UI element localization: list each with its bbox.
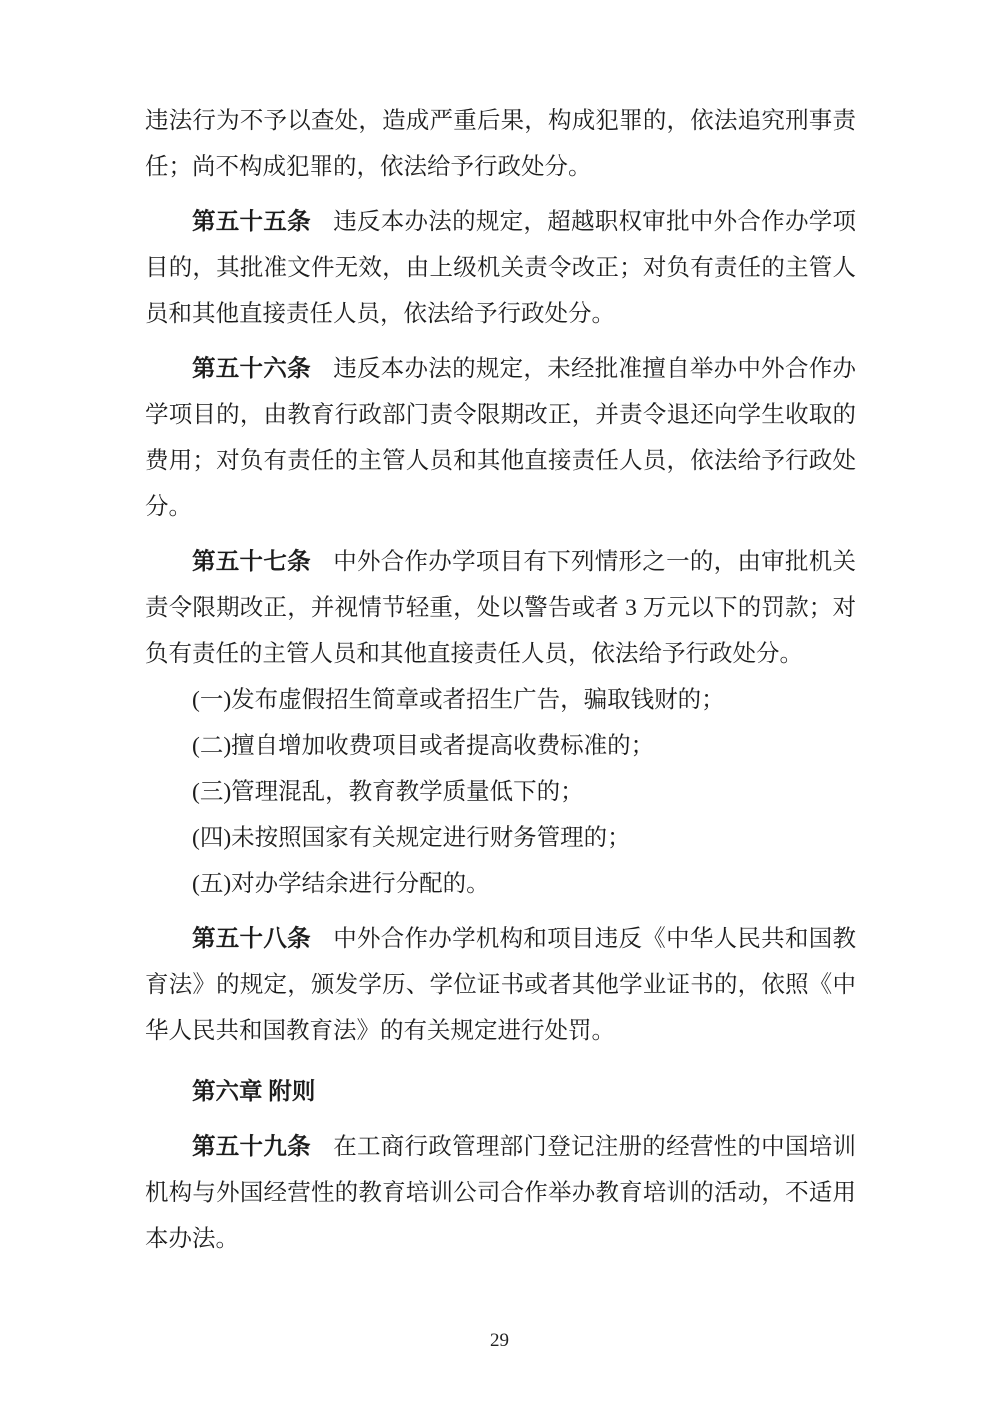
list-item-paragraph: (四)未按照国家有关规定进行财务管理的； bbox=[145, 815, 856, 861]
page-number: 29 bbox=[0, 1328, 999, 1354]
document-page: 违法行为不予以查处，造成严重后果，构成犯罪的，依法追究刑事责任；尚不构成犯罪的，… bbox=[0, 0, 999, 1414]
paragraph-text: (五)对办学结余进行分配的。 bbox=[192, 871, 490, 897]
article-paragraph: 第五十七条中外合作办学项目有下列情形之一的，由审批机关责令限期改正，并视情节轻重… bbox=[145, 539, 856, 677]
paragraph-text: (三)管理混乱，教育教学质量低下的； bbox=[192, 779, 584, 805]
article-paragraph: 第五十五条违反本办法的规定，超越职权审批中外合作办学项目的，其批准文件无效，由上… bbox=[145, 199, 856, 337]
article-number: 第五十五条 bbox=[192, 209, 311, 235]
article-number: 第五十七条 bbox=[192, 549, 311, 575]
article-number: 第五十八条 bbox=[192, 926, 311, 952]
body-paragraph: 违法行为不予以查处，造成严重后果，构成犯罪的，依法追究刑事责任；尚不构成犯罪的，… bbox=[145, 98, 856, 190]
paragraph-text: 违法行为不予以查处，造成严重后果，构成犯罪的，依法追究刑事责任；尚不构成犯罪的，… bbox=[145, 108, 856, 180]
list-item-paragraph: (一)发布虚假招生简章或者招生广告，骗取钱财的； bbox=[145, 677, 856, 723]
article-paragraph: 第五十六条违反本办法的规定，未经批准擅自举办中外合作办学项目的，由教育行政部门责… bbox=[145, 346, 856, 530]
list-item-paragraph: (二)擅自增加收费项目或者提高收费标准的； bbox=[145, 723, 856, 769]
paragraph-text: 第六章 附则 bbox=[192, 1079, 315, 1105]
paragraph-text: (一)发布虚假招生简章或者招生广告，骗取钱财的； bbox=[192, 687, 725, 713]
chapter-heading: 第六章 附则 bbox=[145, 1069, 856, 1115]
article-number: 第五十九条 bbox=[192, 1134, 311, 1160]
list-item-paragraph: (三)管理混乱，教育教学质量低下的； bbox=[145, 769, 856, 815]
paragraph-text: (四)未按照国家有关规定进行财务管理的； bbox=[192, 825, 631, 851]
paragraph-text: (二)擅自增加收费项目或者提高收费标准的； bbox=[192, 733, 654, 759]
article-paragraph: 第五十九条在工商行政管理部门登记注册的经营性的中国培训机构与外国经营性的教育培训… bbox=[145, 1124, 856, 1262]
article-paragraph: 第五十八条中外合作办学机构和项目违反《中华人民共和国教育法》的规定，颁发学历、学… bbox=[145, 916, 856, 1054]
article-number: 第五十六条 bbox=[192, 356, 311, 382]
document-body: 违法行为不予以查处，造成严重后果，构成犯罪的，依法追究刑事责任；尚不构成犯罪的，… bbox=[145, 98, 856, 1262]
list-item-paragraph: (五)对办学结余进行分配的。 bbox=[145, 861, 856, 907]
